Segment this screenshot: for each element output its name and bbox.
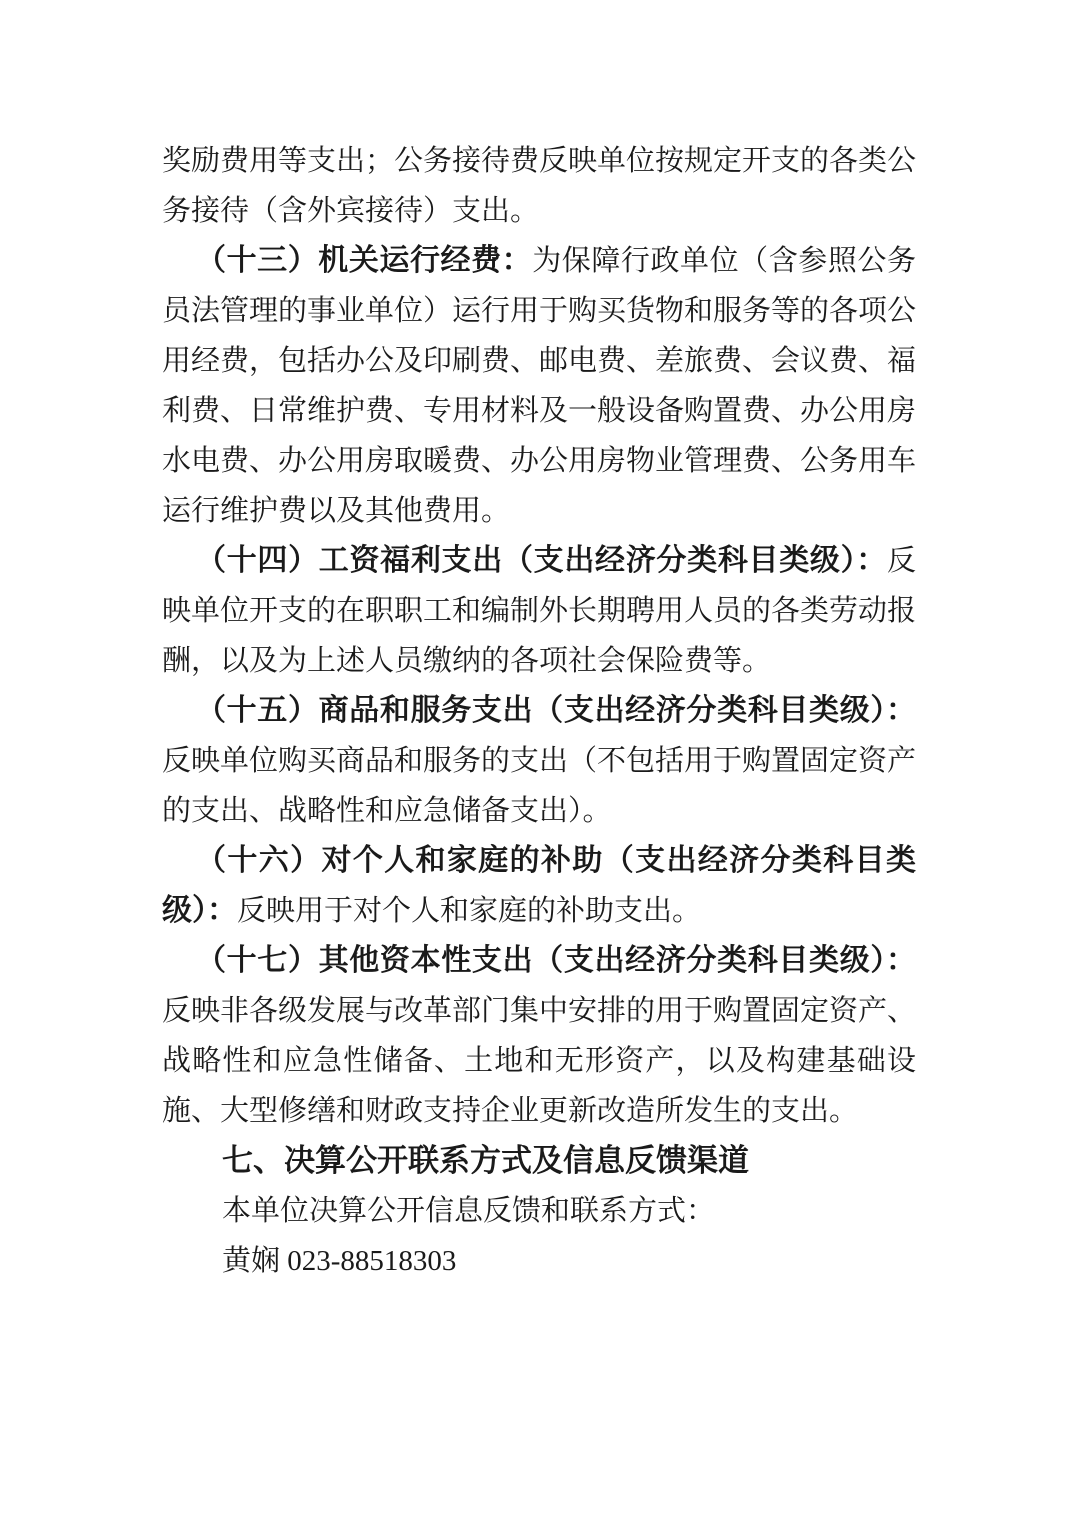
paragraph-item-13-agency-operating-costs: （十三）机关运行经费：为保障行政单位（含参照公务员法管理的事业单位）运行用于购买…: [162, 236, 916, 536]
paragraph-contact-intro: 本单位决算公开信息反馈和联系方式：: [162, 1186, 916, 1236]
text-run: 本单位决算公开信息反馈和联系方式：: [222, 1195, 715, 1227]
paragraph-item-15-goods-services: （十五）商品和服务支出（支出经济分类科目类级）：反映单位购买商品和服务的支出（不…: [162, 686, 916, 836]
paragraph-item-16-subsidies: （十六）对个人和家庭的补助（支出经济分类科目类级）：反映用于对个人和家庭的补助支…: [162, 836, 916, 936]
document-body: 奖励费用等支出；公务接待费反映单位按规定开支的各类公务接待（含外宾接待）支出。 …: [162, 136, 916, 1286]
paragraph-contact-name-phone: 黄娴 023-88518303: [162, 1236, 916, 1286]
item-15-label: （十五）商品和服务支出（支出经济分类科目类级）：: [196, 694, 916, 727]
paragraph-item-17-other-capital: （十七）其他资本性支出（支出经济分类科目类级）：反映非各级发展与改革部门集中安排…: [162, 936, 916, 1136]
paragraph-continuation-reception-expense: 奖励费用等支出；公务接待费反映单位按规定开支的各类公务接待（含外宾接待）支出。: [162, 136, 916, 236]
document-page: 奖励费用等支出；公务接待费反映单位按规定开支的各类公务接待（含外宾接待）支出。 …: [0, 0, 1074, 1520]
text-run: 反映用于对个人和家庭的补助支出。: [237, 895, 701, 927]
paragraph-item-14-wage-welfare: （十四）工资福利支出（支出经济分类科目类级）：反映单位开支的在职职工和编制外长期…: [162, 536, 916, 686]
section-7-heading-text: 七、决算公开联系方式及信息反馈渠道: [222, 1143, 749, 1178]
contact-name-phone-text: 黄娴 023-88518303: [222, 1245, 456, 1277]
text-run: 反映非各级发展与改革部门集中安排的用于购置固定资产、战略性和应急性储备、土地和无…: [162, 995, 916, 1127]
section-7-heading: 七、决算公开联系方式及信息反馈渠道: [162, 1136, 916, 1186]
item-17-label: （十七）其他资本性支出（支出经济分类科目类级）：: [196, 944, 916, 977]
item-14-label: （十四）工资福利支出（支出经济分类科目类级）：: [196, 544, 887, 577]
text-run: 奖励费用等支出；公务接待费反映单位按规定开支的各类公务接待（含外宾接待）支出。: [162, 145, 916, 227]
item-13-label: （十三）机关运行经费：: [196, 244, 532, 277]
text-run: 反映单位购买商品和服务的支出（不包括用于购置固定资产的支出、战略性和应急储备支出…: [162, 745, 916, 827]
text-run: 为保障行政单位（含参照公务员法管理的事业单位）运行用于购买货物和服务等的各项公用…: [162, 245, 916, 527]
